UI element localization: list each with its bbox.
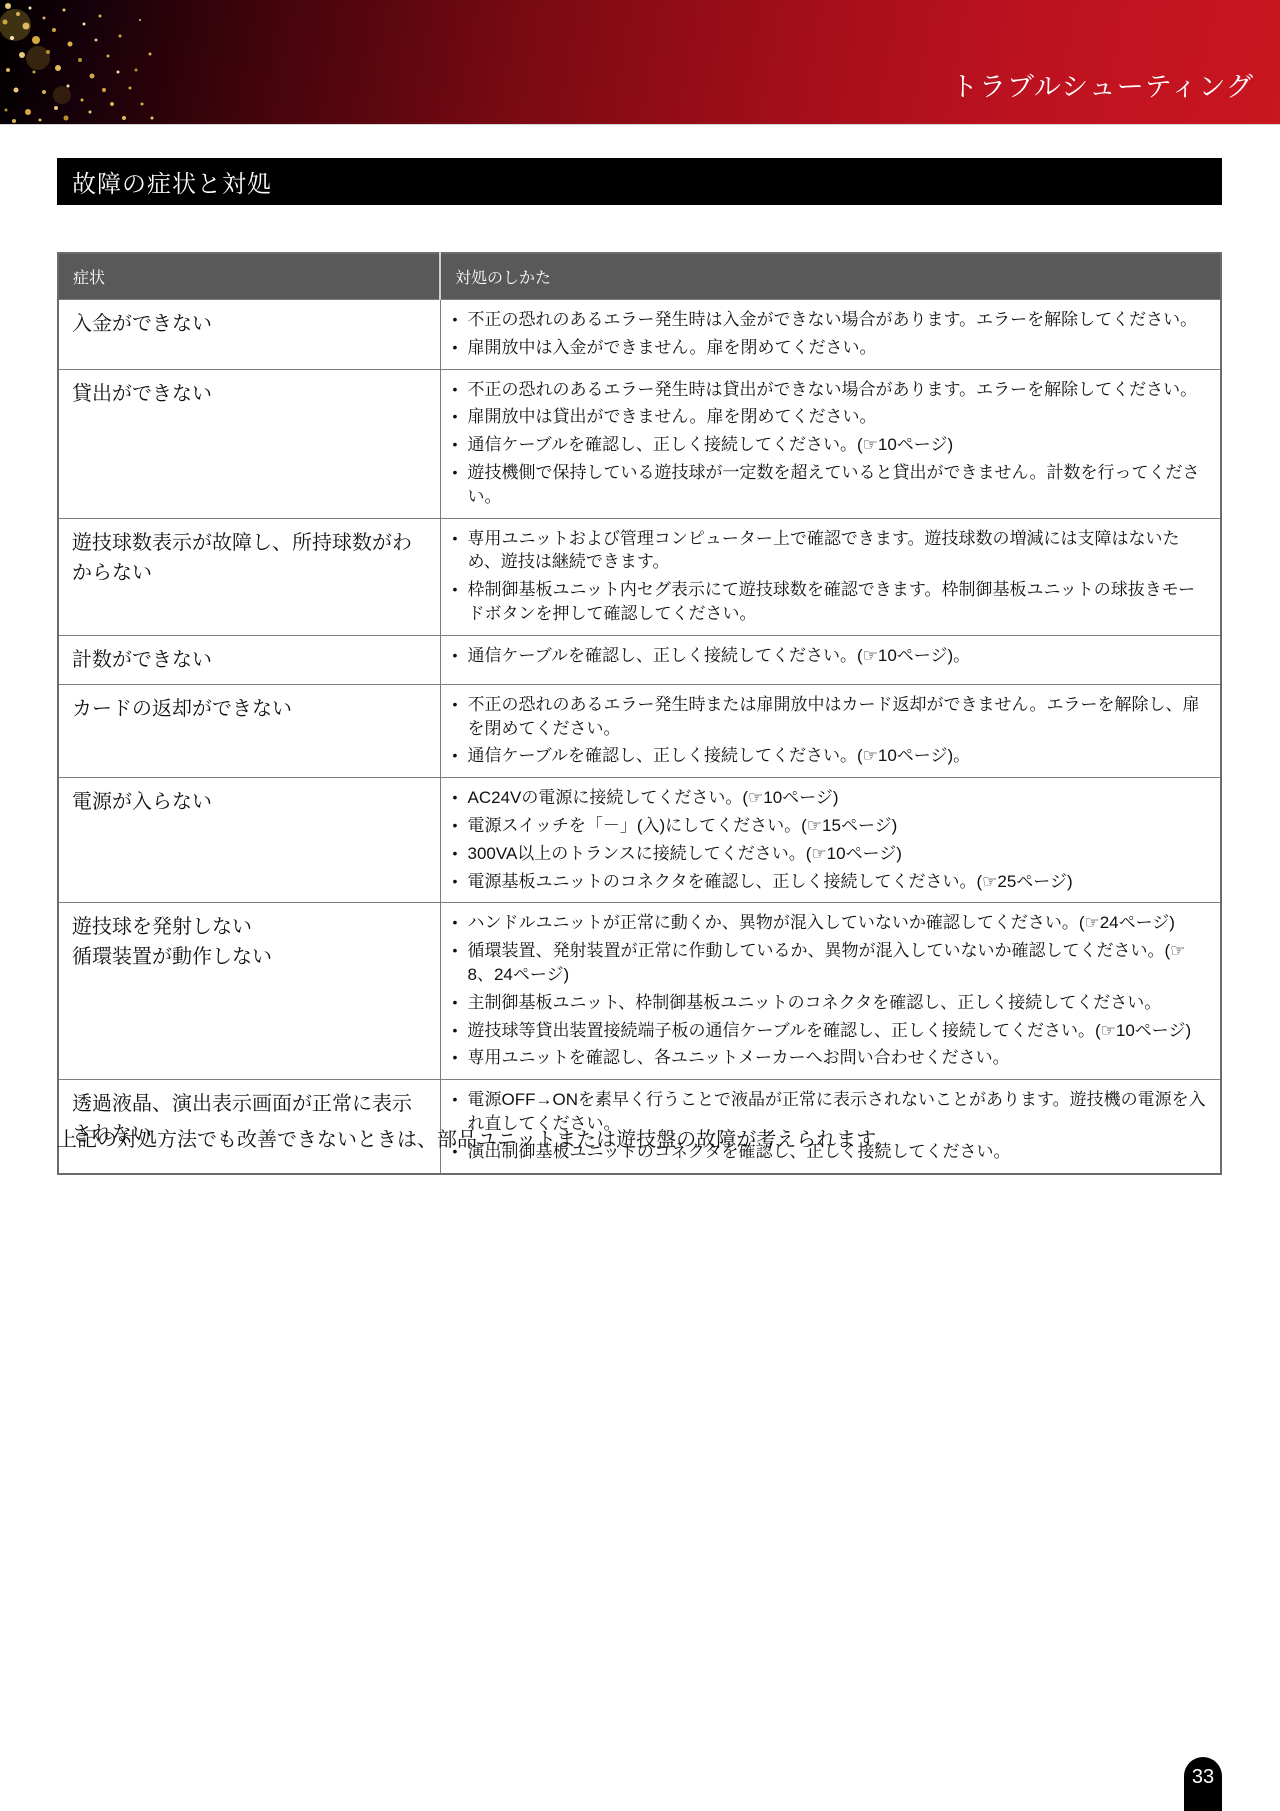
remedy-text: 主制御基板ユニット、枠制御基板ユニットのコネクタを確認し、正しく接続してください… xyxy=(468,991,1211,1015)
table-row: 遊技球を発射しない循環装置が動作しない•ハンドルユニットが正常に動くか、異物が混… xyxy=(58,903,1221,1080)
remedy-text: 遊技機側で保持している遊技球が一定数を超えていると貸出ができません。計数を行って… xyxy=(468,461,1211,509)
bullet-icon: • xyxy=(453,911,468,935)
remedy-item: •通信ケーブルを確認し、正しく接続してください。(☞10ページ)。 xyxy=(453,744,1211,768)
bullet-icon: • xyxy=(453,870,468,894)
bullet-icon: • xyxy=(453,527,468,575)
remedy-item: •扉開放中は入金ができません。扉を閉めてください。 xyxy=(453,336,1211,360)
bullet-icon: • xyxy=(453,405,468,429)
remedy-text: 通信ケーブルを確認し、正しく接続してください。(☞10ページ) xyxy=(468,433,1211,457)
remedy-text: AC24Vの電源に接続してください。(☞10ページ) xyxy=(468,786,1211,810)
page-number: 33 xyxy=(1192,1766,1214,1788)
remedy-text: 扉開放中は貸出ができません。扉を閉めてください。 xyxy=(468,405,1211,429)
table-row: 遊技球数表示が故障し、所持球数がわからない•専用ユニットおよび管理コンピューター… xyxy=(58,518,1221,635)
remedy-item: •遊技球等貸出装置接続端子板の通信ケーブルを確認し、正しく接続してください。(☞… xyxy=(453,1019,1211,1043)
remedy-text: 不正の恐れのあるエラー発生時または扉開放中はカード返却ができません。エラーを解除… xyxy=(468,693,1211,741)
remedy-item: •ハンドルユニットが正常に動くか、異物が混入していないか確認してください。(☞2… xyxy=(453,911,1211,935)
bullet-icon: • xyxy=(453,378,468,402)
remedy-cell: •専用ユニットおよび管理コンピューター上で確認できます。遊技球数の増減には支障は… xyxy=(440,518,1221,635)
symptom-cell: 電源が入らない xyxy=(58,778,440,903)
remedy-item: •電源基板ユニットのコネクタを確認し、正しく接続してください。(☞25ページ) xyxy=(453,870,1211,894)
symptom-cell: 入金ができない xyxy=(58,300,440,370)
bullet-icon: • xyxy=(453,814,468,838)
remedy-text: 電源基板ユニットのコネクタを確認し、正しく接続してください。(☞25ページ) xyxy=(468,870,1211,894)
remedy-text: 不正の恐れのあるエラー発生時は入金ができない場合があります。エラーを解除してくだ… xyxy=(468,308,1211,332)
symptom-cell: 計数ができない xyxy=(58,635,440,684)
bullet-icon: • xyxy=(453,433,468,457)
remedy-item: •不正の恐れのあるエラー発生時は貸出ができない場合があります。エラーを解除してく… xyxy=(453,378,1211,402)
remedy-item: •扉開放中は貸出ができません。扉を閉めてください。 xyxy=(453,405,1211,429)
remedy-text: 枠制御基板ユニット内セグ表示にて遊技球数を確認できます。枠制御基板ユニットの球抜… xyxy=(468,578,1211,626)
column-header-symptom: 症状 xyxy=(58,253,440,300)
table-row: 計数ができない•通信ケーブルを確認し、正しく接続してください。(☞10ページ)。 xyxy=(58,635,1221,684)
remedy-text: 専用ユニットを確認し、各ユニットメーカーへお問い合わせください。 xyxy=(468,1046,1211,1070)
remedy-item: •遊技機側で保持している遊技球が一定数を超えていると貸出ができません。計数を行っ… xyxy=(453,461,1211,509)
symptom-cell: 遊技球を発射しない循環装置が動作しない xyxy=(58,903,440,1080)
remedy-item: •AC24Vの電源に接続してください。(☞10ページ) xyxy=(453,786,1211,810)
troubleshooting-table: 症状 対処のしかた 入金ができない•不正の恐れのあるエラー発生時は入金ができない… xyxy=(57,252,1222,1175)
remedy-item: •通信ケーブルを確認し、正しく接続してください。(☞10ページ)。 xyxy=(453,644,1211,668)
bullet-icon: • xyxy=(453,578,468,626)
bullet-icon: • xyxy=(453,842,468,866)
remedy-item: •電源スイッチを「－」(入)にしてください。(☞15ページ) xyxy=(453,814,1211,838)
remedy-cell: •不正の恐れのあるエラー発生時は貸出ができない場合があります。エラーを解除してく… xyxy=(440,369,1221,518)
remedy-text: 遊技球等貸出装置接続端子板の通信ケーブルを確認し、正しく接続してください。(☞1… xyxy=(468,1019,1211,1043)
table-row: 入金ができない•不正の恐れのあるエラー発生時は入金ができない場合があります。エラ… xyxy=(58,300,1221,370)
remedy-text: 扉開放中は入金ができません。扉を閉めてください。 xyxy=(468,336,1211,360)
page-number-tab: 33 xyxy=(1184,1757,1222,1811)
remedy-text: 専用ユニットおよび管理コンピューター上で確認できます。遊技球数の増減には支障はな… xyxy=(468,527,1211,575)
footer-note: 上記の対処方法でも改善できないときは、部品ユニットまたは遊技盤の故障が考えられま… xyxy=(57,1126,1222,1154)
section-title-bar: 故障の症状と対処 xyxy=(57,158,1222,205)
remedy-cell: •通信ケーブルを確認し、正しく接続してください。(☞10ページ)。 xyxy=(440,635,1221,684)
remedy-item: •循環装置、発射装置が正常に作動しているか、異物が混入していないか確認してくださ… xyxy=(453,939,1211,987)
table-row: 電源が入らない•AC24Vの電源に接続してください。(☞10ページ)•電源スイッ… xyxy=(58,778,1221,903)
troubleshooting-table-wrap: 症状 対処のしかた 入金ができない•不正の恐れのあるエラー発生時は入金ができない… xyxy=(57,252,1222,1175)
page-header-band: トラブルシューティング xyxy=(0,0,1280,125)
bullet-icon: • xyxy=(453,939,468,987)
bullet-icon: • xyxy=(453,1046,468,1070)
bullet-icon: • xyxy=(453,461,468,509)
remedy-cell: •AC24Vの電源に接続してください。(☞10ページ)•電源スイッチを「－」(入… xyxy=(440,778,1221,903)
remedy-text: 通信ケーブルを確認し、正しく接続してください。(☞10ページ)。 xyxy=(468,744,1211,768)
remedy-cell: •不正の恐れのあるエラー発生時または扉開放中はカード返却ができません。エラーを解… xyxy=(440,684,1221,777)
table-row: カードの返却ができない•不正の恐れのあるエラー発生時または扉開放中はカード返却が… xyxy=(58,684,1221,777)
remedy-item: •不正の恐れのあるエラー発生時または扉開放中はカード返却ができません。エラーを解… xyxy=(453,693,1211,741)
remedy-item: •枠制御基板ユニット内セグ表示にて遊技球数を確認できます。枠制御基板ユニットの球… xyxy=(453,578,1211,626)
section-title: 故障の症状と対処 xyxy=(72,164,272,199)
remedy-text: 300VA以上のトランスに接続してください。(☞10ページ) xyxy=(468,842,1211,866)
remedy-text: 循環装置、発射装置が正常に作動しているか、異物が混入していないか確認してください… xyxy=(468,939,1211,987)
remedy-text: ハンドルユニットが正常に動くか、異物が混入していないか確認してください。(☞24… xyxy=(468,911,1211,935)
bullet-icon: • xyxy=(453,991,468,1015)
remedy-item: •専用ユニットを確認し、各ユニットメーカーへお問い合わせください。 xyxy=(453,1046,1211,1070)
bullet-icon: • xyxy=(453,1019,468,1043)
bullet-icon: • xyxy=(453,786,468,810)
table-row: 貸出ができない•不正の恐れのあるエラー発生時は貸出ができない場合があります。エラ… xyxy=(58,369,1221,518)
remedy-text: 不正の恐れのあるエラー発生時は貸出ができない場合があります。エラーを解除してくだ… xyxy=(468,378,1211,402)
bullet-icon: • xyxy=(453,693,468,741)
remedy-cell: •ハンドルユニットが正常に動くか、異物が混入していないか確認してください。(☞2… xyxy=(440,903,1221,1080)
remedy-item: •通信ケーブルを確認し、正しく接続してください。(☞10ページ) xyxy=(453,433,1211,457)
bullet-icon: • xyxy=(453,336,468,360)
bullet-icon: • xyxy=(453,308,468,332)
symptom-cell: カードの返却ができない xyxy=(58,684,440,777)
bullet-icon: • xyxy=(453,744,468,768)
gold-sparkles-decoration xyxy=(0,0,280,124)
column-header-remedy: 対処のしかた xyxy=(440,253,1221,300)
remedy-text: 通信ケーブルを確認し、正しく接続してください。(☞10ページ)。 xyxy=(468,644,1211,668)
bullet-icon: • xyxy=(453,644,468,668)
remedy-cell: •不正の恐れのあるエラー発生時は入金ができない場合があります。エラーを解除してく… xyxy=(440,300,1221,370)
header-title: トラブルシューティング xyxy=(951,65,1254,104)
remedy-item: •300VA以上のトランスに接続してください。(☞10ページ) xyxy=(453,842,1211,866)
remedy-text: 電源スイッチを「－」(入)にしてください。(☞15ページ) xyxy=(468,814,1211,838)
remedy-item: •主制御基板ユニット、枠制御基板ユニットのコネクタを確認し、正しく接続してくださ… xyxy=(453,991,1211,1015)
remedy-item: •不正の恐れのあるエラー発生時は入金ができない場合があります。エラーを解除してく… xyxy=(453,308,1211,332)
symptom-cell: 遊技球数表示が故障し、所持球数がわからない xyxy=(58,518,440,635)
symptom-cell: 貸出ができない xyxy=(58,369,440,518)
table-header-row: 症状 対処のしかた xyxy=(58,253,1221,300)
remedy-item: •専用ユニットおよび管理コンピューター上で確認できます。遊技球数の増減には支障は… xyxy=(453,527,1211,575)
